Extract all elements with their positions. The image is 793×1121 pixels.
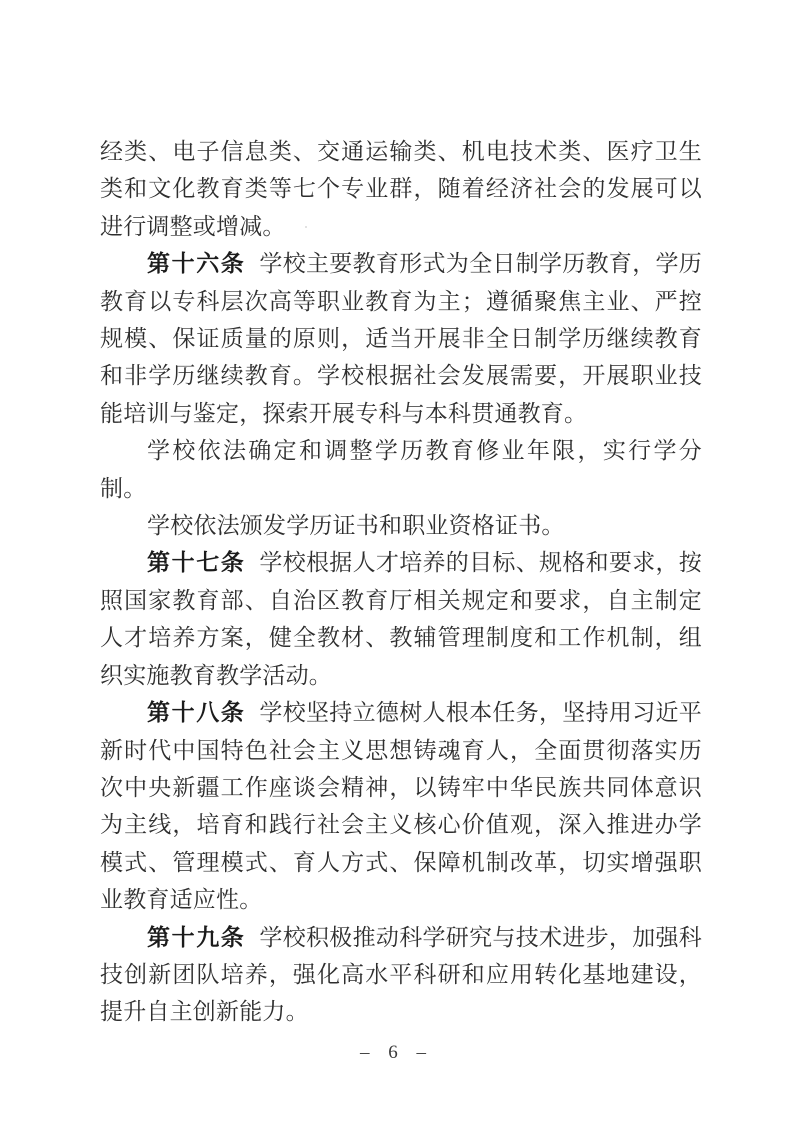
page-number: – 6 – (0, 1042, 793, 1064)
paragraph-article-16: 第十六条学校主要教育形式为全日制学历教育，学历教育以专科层次高等职业教育为主；遵… (100, 245, 702, 432)
paragraph-continuation: 经类、电子信息类、交通运输类、机电技术类、医疗卫生类和文化教育类等七个专业群，随… (100, 133, 702, 245)
paragraph-credit-system-text: 学校依法确定和调整学历教育修业年限，实行学分制。 (100, 438, 702, 500)
article-16-text: 学校主要教育形式为全日制学历教育，学历教育以专科层次高等职业教育为主；遵循聚焦主… (100, 251, 702, 426)
scan-speck (305, 226, 307, 228)
document-page: 经类、电子信息类、交通运输类、机电技术类、医疗卫生类和文化教育类等七个专业群，随… (0, 0, 793, 1121)
paragraph-certificates-text: 学校依法颁发学历证书和职业资格证书。 (147, 513, 565, 538)
paragraph-article-18: 第十八条学校坚持立德树人根本任务，坚持用习近平新时代中国特色社会主义思想铸魂育人… (100, 694, 702, 918)
article-16-number: 第十六条 (147, 250, 245, 276)
document-text-block: 经类、电子信息类、交通运输类、机电技术类、医疗卫生类和文化教育类等七个专业群，随… (100, 133, 702, 1031)
paragraph-article-17: 第十七条学校根据人才培养的目标、规格和要求，按照国家教育部、自治区教育厅相关规定… (100, 544, 702, 694)
paragraph-article-19: 第十九条学校积极推动科学研究与技术进步，加强科技创新团队培养，强化高水平科研和应… (100, 919, 702, 1031)
article-18-number: 第十八条 (147, 699, 245, 725)
article-19-number: 第十九条 (147, 924, 245, 950)
paragraph-credit-system: 学校依法确定和调整学历教育修业年限，实行学分制。 (100, 432, 702, 507)
paragraph-continuation-text: 经类、电子信息类、交通运输类、机电技术类、医疗卫生类和文化教育类等七个专业群，随… (100, 139, 702, 239)
paragraph-certificates: 学校依法颁发学历证书和职业资格证书。 (100, 507, 702, 544)
article-17-number: 第十七条 (147, 549, 245, 575)
article-18-text: 学校坚持立德树人根本任务，坚持用习近平新时代中国特色社会主义思想铸魂育人，全面贯… (100, 700, 702, 912)
